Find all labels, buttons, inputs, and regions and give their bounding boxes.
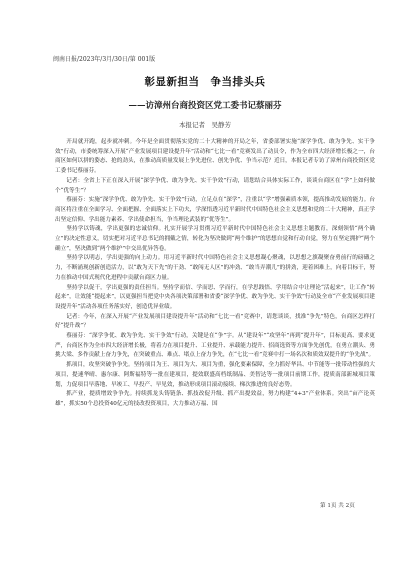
article-title: 彰显新担当 争当排头兵 (0, 74, 410, 89)
paragraph: 坚持学以明志，学出更强的向上动力。用习近平新时代中国特色社会主义思想凝心聚魂，以… (55, 254, 375, 283)
paragraph: 开局就开跑，起步就冲刺。今年是全面贯彻落实党的二十大精神的开局之年，省委部署实施… (55, 138, 375, 177)
paragraph: 记者：今年，在深入开展“产业发展项目建设提升年”活动和“七比一看”竞赛中，请您谈… (55, 313, 375, 332)
source-line: 闽南日报/2023年/3月/30日/第 001版 (53, 54, 155, 63)
paragraph: 蔡丽芬：“深学争优、敢为争先、实干争效”行动，关键是在“争”字。从“建设年”“攻… (55, 332, 375, 361)
paragraph: 坚持学以促干，学出更强的责任担当。坚持学而信、学而思、学而行，在学思践悟、学用结… (55, 284, 375, 313)
paragraph: 抓项目，攻坚突破争争先。坚持项目为王、项目为大、项目为重，强化要素保障，全力抓好… (55, 361, 375, 390)
paragraph: 抓产业，提质增效争争先。持续抓龙头铸链条、抓技改促升级、抓产出提效益，努力构建“… (55, 390, 375, 409)
article-subtitle: ——访漳州台商投资区党工委书记蔡丽芬 (0, 99, 410, 111)
article-body: 开局就开跑，起步就冲刺。今年是全面贯彻落实党的二十大精神的开局之年，省委部署实施… (55, 138, 375, 410)
paragraph: 坚持学以铸魂，学出更强的忠诚信仰。扎实开展学习贯彻习近平新时代中国特色社会主义思… (55, 225, 375, 254)
byline: 本报记者 吴静芳 (0, 120, 410, 129)
page-number: 第 1页 共 2页 (320, 501, 355, 509)
document-page: 闽南日报/2023年/3月/30日/第 001版 彰显新担当 争当排头兵 ——访… (0, 0, 410, 580)
paragraph: 蔡丽芬：实施“深学争优、敢为争先、实干争效”行动，立足点在“深学”，注重以“学”… (55, 196, 375, 225)
paragraph: 记者：全省上下正在深入开展“深学争优、敢为争先、实干争效”行动，请您结合具体实际… (55, 177, 375, 196)
